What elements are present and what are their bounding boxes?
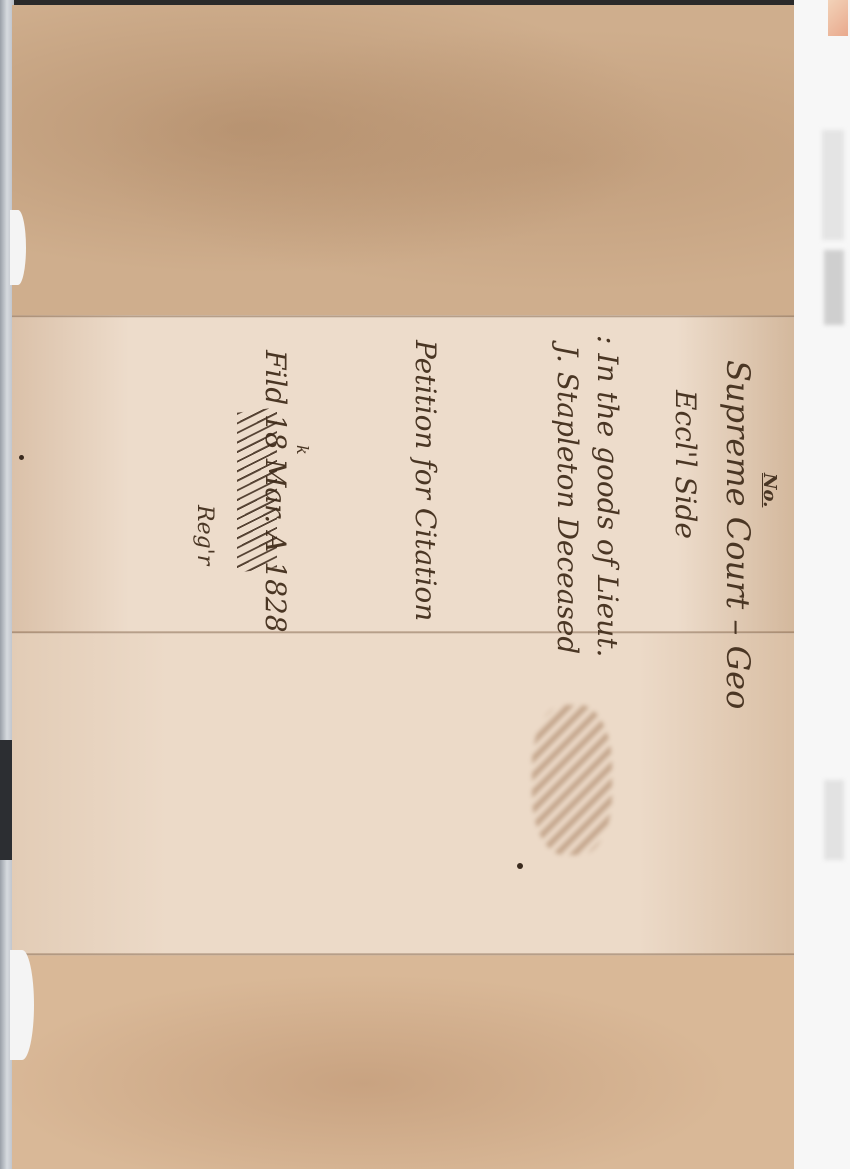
document-description: Petition for Citation [409, 340, 442, 621]
scanner-shadow [0, 740, 12, 860]
scan-smudge [824, 780, 844, 860]
ink-smudge [532, 705, 612, 855]
panel-lower [12, 633, 794, 955]
scanner-margin-right [794, 0, 850, 1169]
torn-edge [10, 210, 26, 285]
ink-dot [19, 455, 24, 460]
fold-line [12, 631, 794, 634]
corner-tag [828, 0, 848, 36]
panel-bottom-stained [12, 955, 794, 1169]
ink-dot [517, 863, 523, 869]
matter-line-1: : In the goods of Lieut. [591, 335, 624, 657]
court-side: Eccl'l Side [669, 390, 702, 539]
fold-line [12, 315, 794, 318]
court-name: Supreme Court – Geo [719, 360, 757, 709]
panel-top-stained [12, 5, 794, 315]
docket-number-mark: No. [759, 473, 780, 507]
fold-line [12, 953, 794, 956]
registrar-signature [237, 407, 277, 573]
document-sheet: No. Supreme Court – Geo Eccl'l Side : In… [12, 5, 798, 1169]
matter-line-2: J. Stapleton Deceased [551, 345, 584, 654]
registrar-title: Reg'r [192, 505, 217, 565]
torn-edge [10, 950, 34, 1060]
scan-smudge [822, 130, 844, 240]
filed-mark: k [293, 445, 312, 455]
scan-smudge [824, 250, 844, 325]
